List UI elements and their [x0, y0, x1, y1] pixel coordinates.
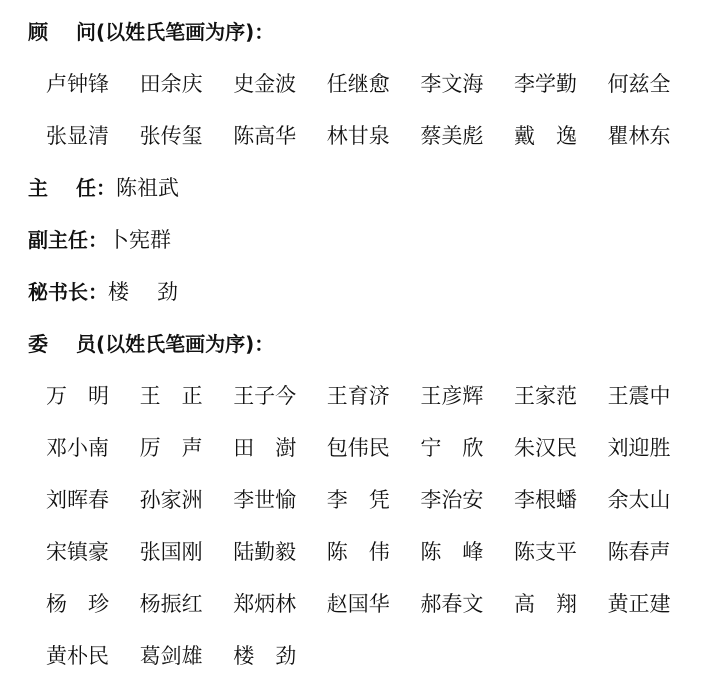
person-name: 田余庆 — [140, 69, 234, 99]
advisors-label-char-2: 问 — [76, 20, 96, 44]
person-name: 万明 — [46, 381, 140, 411]
person-name: 瞿林东 — [608, 121, 702, 151]
secretary-general-value-char-1: 楼 — [108, 280, 129, 304]
members-label: 委员(以姓氏笔画为序)： — [28, 332, 274, 356]
person-name: 王家范 — [514, 381, 608, 411]
person-name: 任继愈 — [327, 69, 421, 99]
person-name-char: 王 — [140, 381, 182, 411]
secretary-general-line: 秘书长：楼劲 — [28, 277, 178, 307]
person-name: 郝春文 — [420, 589, 514, 619]
person-name-char: 明 — [88, 384, 109, 408]
person-name: 陆勤毅 — [233, 537, 327, 567]
secretary-general-colon: ： — [88, 280, 108, 304]
person-name-char: 杨 — [46, 589, 88, 619]
person-name-char: 翔 — [556, 592, 577, 616]
person-name: 楼劲 — [233, 641, 327, 671]
person-name: 陈高华 — [233, 121, 327, 151]
director-label-char-1: 主 — [28, 176, 48, 200]
person-name: 王育济 — [327, 381, 421, 411]
person-name: 孙家洲 — [140, 485, 234, 515]
secretary-general-value: 楼劲 — [108, 280, 178, 304]
person-name: 张显清 — [46, 121, 140, 151]
person-name-char: 楼 — [233, 641, 275, 671]
person-name: 戴逸 — [514, 121, 608, 151]
person-name: 李世愉 — [233, 485, 327, 515]
person-name-char: 万 — [46, 381, 88, 411]
person-name: 王震中 — [608, 381, 702, 411]
secretary-general-label: 秘书长： — [28, 280, 108, 304]
person-name-char: 田 — [233, 433, 275, 463]
person-name-char: 戴 — [514, 121, 556, 151]
person-name: 史金波 — [233, 69, 327, 99]
person-name: 卢钟锋 — [46, 69, 140, 99]
person-name: 李治安 — [420, 485, 514, 515]
person-name: 杨振红 — [140, 589, 234, 619]
person-name: 陈春声 — [608, 537, 702, 567]
director-line: 主任：陈祖武 — [28, 173, 179, 203]
person-name-char: 宁 — [420, 433, 462, 463]
person-name-char: 伟 — [369, 540, 390, 564]
person-name: 包伟民 — [327, 433, 421, 463]
director-label: 主任： — [28, 176, 116, 200]
person-name: 李根蟠 — [514, 485, 608, 515]
advisors-label-char-1: 顾 — [28, 20, 48, 44]
advisors-label-suffix: (以姓氏笔画为序)： — [96, 20, 274, 44]
person-name: 赵国华 — [327, 589, 421, 619]
members-row-3: 刘晖春孙家洲李世愉李凭李治安李根蟠余太山 — [46, 485, 701, 515]
person-name: 朱汉民 — [514, 433, 608, 463]
director-label-char-2: 任 — [76, 176, 96, 200]
deputy-director-label-text: 副主任 — [28, 228, 88, 252]
person-name-char: 凭 — [369, 488, 390, 512]
members-row-5: 杨珍杨振红郑炳林赵国华郝春文高翔黄正建 — [46, 589, 701, 619]
members-label-char-2: 员 — [76, 332, 96, 356]
members-row-4: 宋镇豪张国刚陆勤毅陈伟陈峰陈支平陈春声 — [46, 537, 701, 567]
director-value: 陈祖武 — [116, 176, 179, 200]
person-name: 李文海 — [420, 69, 514, 99]
advisors-label: 顾问(以姓氏笔画为序)： — [28, 20, 274, 44]
person-name: 刘晖春 — [46, 485, 140, 515]
person-name: 李学勤 — [514, 69, 608, 99]
person-name-char: 劲 — [275, 644, 296, 668]
advisors-row-2: 张显清张传玺陈高华林甘泉蔡美彪戴逸瞿林东 — [46, 121, 701, 151]
secretary-general-label-text: 秘书长 — [28, 280, 88, 304]
person-name: 厉声 — [140, 433, 234, 463]
person-name: 蔡美彪 — [420, 121, 514, 151]
members-label-char-1: 委 — [28, 332, 48, 356]
person-name: 黄朴民 — [46, 641, 140, 671]
members-row-2: 邓小南厉声田澍包伟民宁欣朱汉民刘迎胜 — [46, 433, 701, 463]
person-name: 陈伟 — [327, 537, 421, 567]
person-name-char: 声 — [182, 436, 203, 460]
person-name: 林甘泉 — [327, 121, 421, 151]
person-name: 刘迎胜 — [608, 433, 702, 463]
deputy-director-colon: ： — [88, 228, 108, 252]
person-name: 郑炳林 — [233, 589, 327, 619]
secretary-general-value-char-2: 劲 — [157, 280, 178, 304]
person-name: 张国刚 — [140, 537, 234, 567]
advisors-heading: 顾问(以姓氏笔画为序)： — [28, 17, 274, 47]
deputy-director-label: 副主任： — [28, 228, 108, 252]
person-name: 王子今 — [233, 381, 327, 411]
person-name-char: 欣 — [462, 436, 483, 460]
members-heading: 委员(以姓氏笔画为序)： — [28, 329, 274, 359]
deputy-director-line: 副主任：卜宪群 — [28, 225, 171, 255]
committee-list-page: 顾问(以姓氏笔画为序)： 卢钟锋田余庆史金波任继愈李文海李学勤何兹全 张显清张传… — [0, 0, 706, 682]
person-name: 宁欣 — [420, 433, 514, 463]
person-name-char: 澍 — [275, 436, 296, 460]
person-name: 宋镇豪 — [46, 537, 140, 567]
person-name: 杨珍 — [46, 589, 140, 619]
person-name: 余太山 — [608, 485, 702, 515]
person-name: 王正 — [140, 381, 234, 411]
members-row-1: 万明王正王子今王育济王彦辉王家范王震中 — [46, 381, 701, 411]
person-name: 黄正建 — [608, 589, 702, 619]
person-name-char: 正 — [182, 384, 203, 408]
person-name-char: 珍 — [88, 592, 109, 616]
person-name: 王彦辉 — [420, 381, 514, 411]
person-name-char: 逸 — [556, 124, 577, 148]
members-label-suffix: (以姓氏笔画为序)： — [96, 332, 274, 356]
advisors-row-1: 卢钟锋田余庆史金波任继愈李文海李学勤何兹全 — [46, 69, 701, 99]
members-row-6: 黄朴民葛剑雄楼劲 — [46, 641, 327, 671]
person-name-char: 陈 — [420, 537, 462, 567]
person-name-char: 陈 — [327, 537, 369, 567]
person-name: 田澍 — [233, 433, 327, 463]
person-name: 高翔 — [514, 589, 608, 619]
person-name: 陈支平 — [514, 537, 608, 567]
person-name-char: 峰 — [462, 540, 483, 564]
deputy-director-value: 卜宪群 — [108, 228, 171, 252]
director-colon: ： — [96, 176, 116, 200]
person-name: 张传玺 — [140, 121, 234, 151]
person-name-char: 高 — [514, 589, 556, 619]
person-name: 邓小南 — [46, 433, 140, 463]
person-name: 陈峰 — [420, 537, 514, 567]
person-name: 葛剑雄 — [140, 641, 234, 671]
person-name-char: 厉 — [140, 433, 182, 463]
person-name: 李凭 — [327, 485, 421, 515]
person-name: 何兹全 — [608, 69, 702, 99]
person-name-char: 李 — [327, 485, 369, 515]
